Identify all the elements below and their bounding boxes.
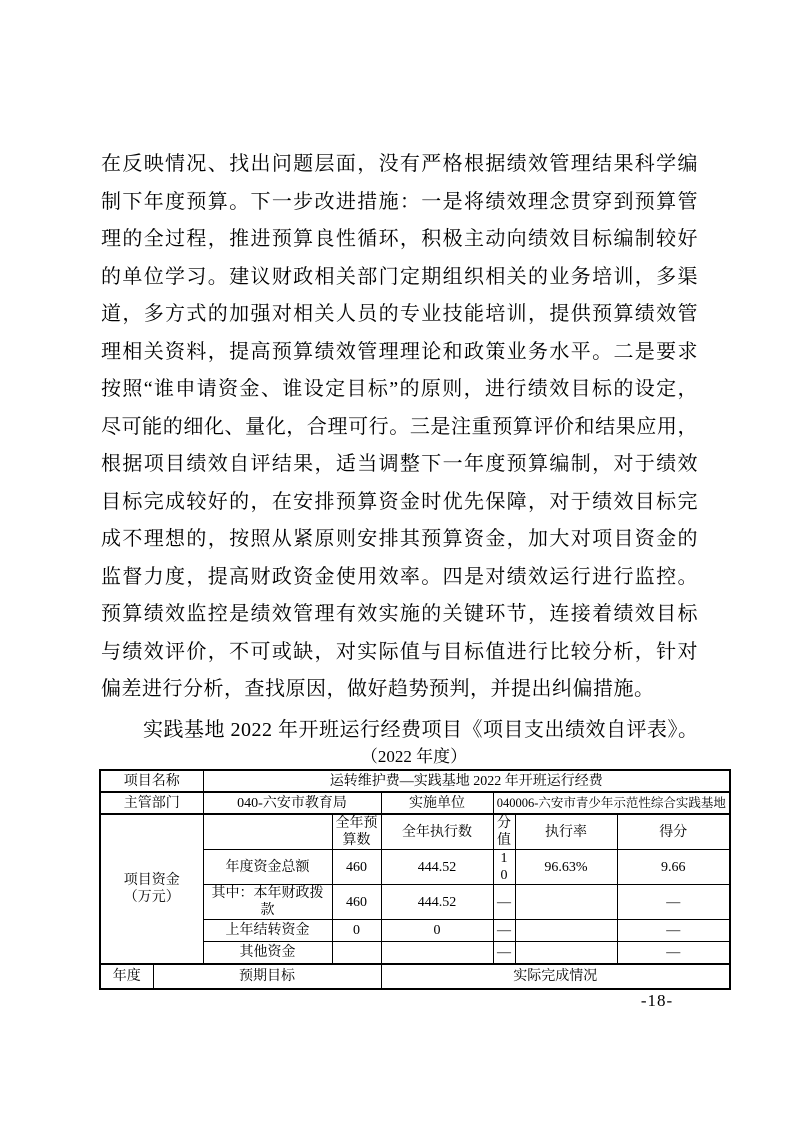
unit-label: 实施单位 (381, 792, 493, 814)
budget-value: 460 (332, 885, 381, 920)
body-line: 偏差进行分析，查找原因，做好趋势预判，并提出纠偏措施。 (101, 671, 698, 709)
header-weight: 分 值 (493, 814, 515, 850)
budget-value: 0 (332, 920, 381, 942)
weight-value: 1 0 (493, 850, 515, 885)
body-line: 的单位学习。建议财政相关部门定期组织相关的业务培训，多渠 (101, 259, 698, 297)
dept-value: 040-六安市教育局 (203, 792, 381, 814)
weight-value: — (493, 942, 515, 964)
project-name-label: 项目名称 (100, 770, 203, 792)
score-value: — (617, 942, 730, 964)
budget-value: 460 (332, 850, 381, 885)
table-row: 主管部门 040-六安市教育局 实施单位 040006-六安市青少年示范性综合实… (100, 792, 730, 814)
score-value: — (617, 920, 730, 942)
score-value: 9.66 (617, 850, 730, 885)
body-line: 与绩效评价，不可或缺，对实际值与目标值进行比较分析，针对 (101, 634, 698, 672)
row-label: 其中：本年财政拨款 (203, 885, 332, 920)
table-caption: （2022 年度） (99, 746, 729, 768)
executed-value: 444.52 (381, 850, 493, 885)
header-score: 得分 (617, 814, 730, 850)
header-rate: 执行率 (515, 814, 617, 850)
row-label: 年度资金总额 (203, 850, 332, 885)
body-line: 制下年度预算。下一步改进措施：一是将绩效理念贯穿到预算管 (101, 184, 698, 222)
dept-label: 主管部门 (100, 792, 203, 814)
rate-value (515, 885, 617, 920)
body-line: 根据项目绩效自评结果，适当调整下一年度预算编制，对于绩效 (101, 446, 698, 484)
empty-header-cell (203, 814, 332, 850)
header-executed: 全年执行数 (381, 814, 493, 850)
budget-value (332, 942, 381, 964)
page-number: -18- (629, 991, 685, 1011)
table-row: 年度 预期目标 实际完成情况 (100, 964, 730, 989)
executed-value (381, 942, 493, 964)
rate-value: 96.63% (515, 850, 617, 885)
row-label: 其他资金 (203, 942, 332, 964)
year-label: 年度 (100, 964, 153, 989)
actual-completion-label: 实际完成情况 (381, 964, 730, 989)
body-line: 监督力度，提高财政资金使用效率。四是对绩效运行进行监控。 (101, 559, 698, 597)
weight-value: — (493, 885, 515, 920)
body-line: 尽可能的细化、量化，合理可行。三是注重预算评价和结果应用， (101, 409, 698, 447)
table-row: 项目名称 运转维护费—实践基地 2022 年开班运行经费 (100, 770, 730, 792)
score-value: — (617, 885, 730, 920)
project-name-value: 运转维护费—实践基地 2022 年开班运行经费 (203, 770, 730, 792)
executed-value: 0 (381, 920, 493, 942)
rate-value (515, 942, 617, 964)
body-line: 道，多方式的加强对相关人员的专业技能培训，提供预算绩效管 (101, 296, 698, 334)
body-line: 理相关资料，提高预算绩效管理理论和政策业务水平。二是要求 (101, 334, 698, 372)
unit-value: 040006-六安市青少年示范性综合实践基地 (493, 792, 730, 814)
body-paragraph: 在反映情况、找出问题层面，没有严格根据绩效管理结果科学编 制下年度预算。下一步改… (101, 146, 698, 709)
expected-goal-label: 预期目标 (153, 964, 381, 989)
header-budget: 全年预 算数 (332, 814, 381, 850)
body-line: 目标完成较好的，在安排预算资金时优先保障，对于绩效目标完 (101, 484, 698, 522)
table-header-row: 项目资金 （万元） 全年预 算数 全年执行数 分 值 执行率 得分 (100, 814, 730, 850)
rate-value (515, 920, 617, 942)
closing-paragraph: 实践基地 2022 年开班运行经费项目《项目支出绩效自评表》。 (101, 711, 741, 749)
self-evaluation-table: 项目名称 运转维护费—实践基地 2022 年开班运行经费 主管部门 040-六安… (99, 769, 731, 990)
document-page: 在反映情况、找出问题层面，没有严格根据绩效管理结果科学编 制下年度预算。下一步改… (0, 0, 793, 1122)
executed-value: 444.52 (381, 885, 493, 920)
body-line: 按照“谁申请资金、谁设定目标”的原则，进行绩效目标的设定， (101, 371, 698, 409)
body-line: 理的全过程，推进预算良性循环，积极主动向绩效目标编制较好 (101, 221, 698, 259)
weight-value: — (493, 920, 515, 942)
body-line: 预算绩效监控是绩效管理有效实施的关键环节，连接着绩效目标 (101, 596, 698, 634)
row-label: 上年结转资金 (203, 920, 332, 942)
funds-label: 项目资金 （万元） (100, 814, 203, 964)
body-line: 在反映情况、找出问题层面，没有严格根据绩效管理结果科学编 (101, 146, 698, 184)
body-line: 成不理想的，按照从紧原则安排其预算资金，加大对项目资金的 (101, 521, 698, 559)
